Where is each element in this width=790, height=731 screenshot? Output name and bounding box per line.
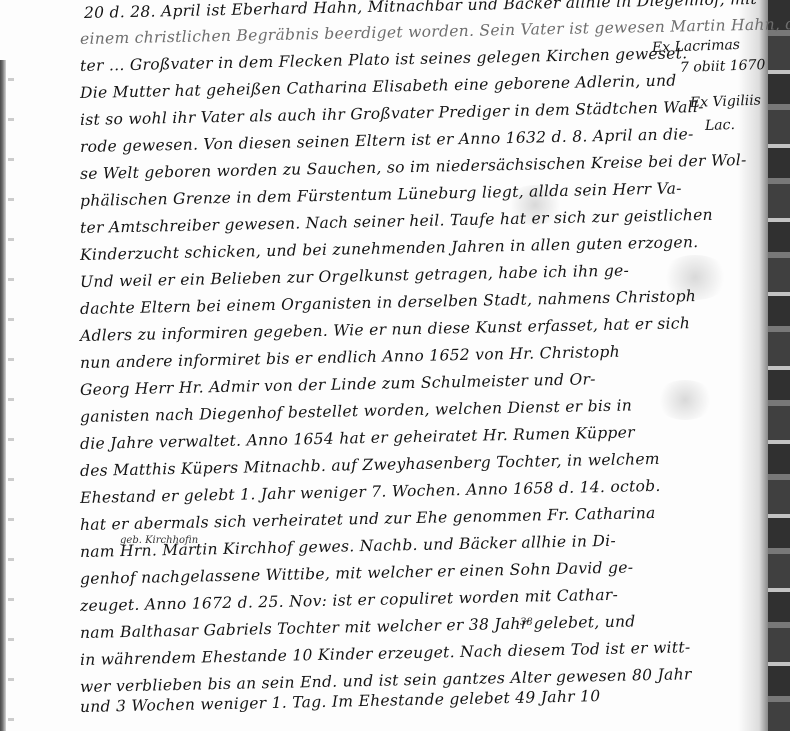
left-binding-stitching [8,60,14,731]
text-line-25: in währendem Ehestande 10 Kinder erzeuge… [80,638,691,669]
text-line-7: se Welt geboren worden zu Sauchen, so im… [80,151,747,183]
text-line-15: Georg Herr Hr. Admir von der Linde zum S… [80,370,596,399]
margin-note-right-top-1: Ex Lacrimas [652,37,741,56]
text-line-11: Und weil er ein Belieben zur Orgelkunst … [80,262,629,291]
text-line-22: genhof nachgelassene Wittibe, mit welche… [80,558,634,588]
text-line-19: Ehestand er gelebt 1. Jahr weniger 7. Wo… [80,477,661,507]
margin-note-right-top-2: 7 obiit 1670 [680,57,766,76]
right-gutter-shadow [738,0,768,731]
text-line-4: Die Mutter hat geheißen Catharina Elisab… [80,72,677,102]
margin-note-right-middle-2: Lac. [705,117,735,134]
left-binding-edge [0,60,6,731]
margin-note-right-middle-1: Ex Vigiliis [690,93,761,111]
text-line-23: zeuget. Anno 1672 d. 25. Nov: ist er cop… [80,586,618,615]
ink-smudge [655,380,715,420]
text-line-20: hat er abermals sich verheiratet und zur… [80,504,656,534]
text-line-16: ganisten nach Diegenhof bestellet worden… [80,396,632,426]
text-line-18: des Matthis Küpers Mitnachb. auf Zweyhas… [80,450,660,480]
manuscript-page: 20 d. 28. April ist Eberhard Hahn, Mitna… [0,0,790,731]
text-line-24: nam Balthasar Gabriels Tochter mit welch… [80,612,636,642]
text-line-10: Kinderzucht schicken, und bei zunehmende… [80,233,699,264]
text-line-13: Adlers zu informiren gegeben. Wie er nun… [80,314,690,345]
right-binding-edge [768,0,790,731]
text-line-6: rode gewesen. Von diesen seinen Eltern i… [80,125,694,156]
text-line-14: nun andere informiret bis er endlich Ann… [80,343,620,372]
text-line-5: ist so wohl ihr Vater als auch ihr Großv… [80,98,704,129]
text-line-9: ter Amtschreiber gewesen. Nach seiner he… [80,206,713,237]
text-line-17: die Jahre verwaltet. Anno 1654 hat er ge… [80,423,635,453]
text-line-8: phälischen Grenze in dem Fürstentum Lüne… [80,179,682,210]
text-line-12: dachte Eltern bei einem Organisten in de… [80,287,696,318]
text-line-3: ter ... Großvater in dem Flecken Plato i… [80,44,688,75]
